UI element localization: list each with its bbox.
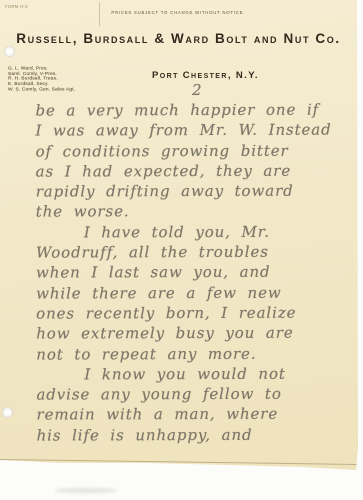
letter-line: not to repeat any more.: [36, 343, 352, 364]
paper-bottom-edge: [0, 459, 357, 465]
letter-line: I was away from Mr. W. Instead: [35, 120, 351, 141]
form-number: FORM H-3: [5, 5, 28, 9]
letter-line: how extremely busy you are: [36, 323, 352, 344]
letter-line: advise any young fellow to: [36, 384, 352, 405]
letter-line: I have told you, Mr.: [36, 221, 352, 242]
prices-notice: PRICES SUBJECT TO CHANGE WITHOUT NOTICE.: [68, 11, 289, 15]
company-location: Port Chester, N.Y.: [0, 70, 357, 81]
letter-line: rapidly drifting away toward: [36, 181, 352, 202]
letter-line: I know you would not: [36, 363, 352, 384]
letter-body: be a very much happier one ifI was away …: [35, 99, 352, 445]
letter-line: the worse.: [36, 201, 352, 222]
officer-line: W. S. Comly, Gen. Sales Agt.: [8, 87, 75, 92]
punch-hole-top: [4, 46, 15, 57]
letter-line: while there are a few new: [36, 282, 352, 303]
company-name: Russell, Burdsall & Ward Bolt and Nut Co…: [0, 31, 357, 46]
letter-line: remain with a man, where: [36, 404, 352, 425]
letter-line: of conditions growing bitter: [36, 140, 352, 161]
letter-line: when I last saw you, and: [36, 262, 352, 283]
page-number: 2: [192, 81, 202, 99]
letter-line: ones recently born, I realize: [36, 302, 352, 323]
letter-line: Woodruff, all the troubles: [36, 242, 352, 263]
punch-hole-bottom: [2, 407, 13, 418]
scan-smudge: [55, 488, 117, 493]
letter-line: be a very much happier one if: [35, 99, 351, 120]
letter-line: his life is unhappy, and: [37, 424, 353, 445]
letter-line: as I had expected, they are: [36, 160, 352, 181]
letter-paper: FORM H-3 PRICES SUBJECT TO CHANGE WITHOU…: [0, 0, 359, 472]
